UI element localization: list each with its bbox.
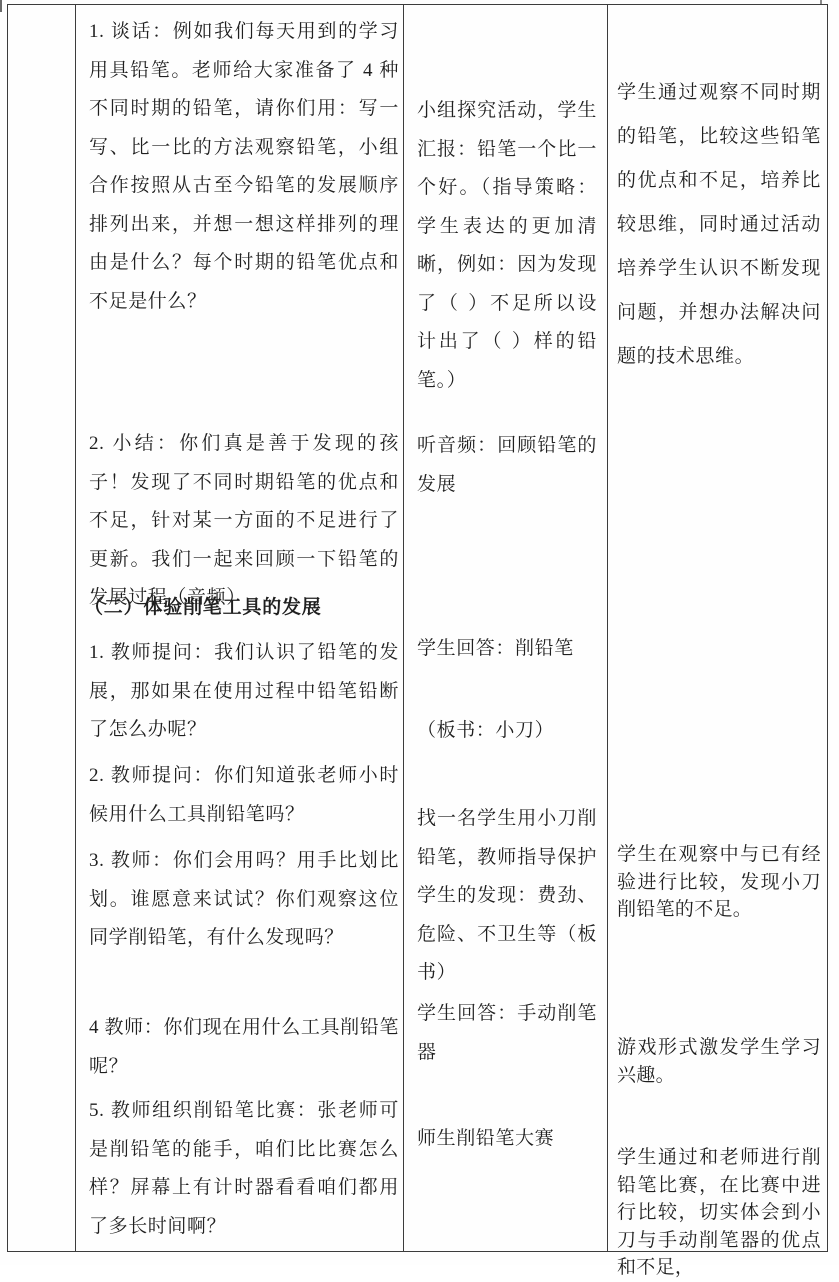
intent-comparison-paragraph: 学生在观察中与已有经验进行比较，发现小刀削铅笔的不足。: [617, 841, 821, 924]
teacher-question-4-paragraph: 4 教师：你们现在用什么工具削铅笔呢？: [89, 1009, 399, 1086]
intent-game-paragraph: 游戏形式激发学生学习兴趣。: [617, 1034, 821, 1089]
contest-line: 师生削铅笔大赛: [417, 1120, 597, 1159]
student-audio-paragraph: 听音频：回顾铅笔的发展: [417, 427, 597, 504]
intent-contest-paragraph: 学生通过和老师进行削铅笔比赛，在比赛中进行比较，切实体会到小刀与手动削笔器的优点…: [617, 1144, 821, 1265]
student-answer-sharpener-line: 学生回答：手动削笔器: [417, 995, 597, 1072]
lesson-plan-table: 1. 谈话：例如我们每天用到的学习用具铅笔。老师给大家准备了 4 种不同时期的铅…: [7, 4, 828, 1252]
empty-left-column: [8, 5, 76, 1251]
student-answer-sharpen-line: 学生回答：削铅笔: [417, 630, 597, 669]
student-knife-demo-paragraph: 找一名学生用小刀削铅笔，教师指导保护学生的发现：费劲、危险、不卫生等（板书）: [417, 800, 597, 993]
student-group-inquiry-paragraph: 小组探究活动，学生汇报：铅笔一个比一个好。（指导策略：学生表达的更加清晰，例如：…: [417, 92, 597, 400]
teacher-activity-column: 1. 谈话：例如我们每天用到的学习用具铅笔。老师给大家准备了 4 种不同时期的铅…: [76, 5, 404, 1251]
student-activity-column: 小组探究活动，学生汇报：铅笔一个比一个好。（指导策略：学生表达的更加清晰，例如：…: [404, 5, 608, 1251]
board-note-knife-line: （板书：小刀）: [417, 712, 597, 751]
teacher-talk-paragraph: 1. 谈话：例如我们每天用到的学习用具铅笔。老师给大家准备了 4 种不同时期的铅…: [89, 13, 399, 321]
lesson-plan-page: 1. 谈话：例如我们每天用到的学习用具铅笔。老师给大家准备了 4 种不同时期的铅…: [0, 0, 839, 1265]
teacher-question-2-paragraph: 2. 教师提问：你们知道张老师小时候用什么工具削铅笔吗？: [89, 757, 399, 834]
intent-observation-paragraph: 学生通过观察不同时期的铅笔，比较这些铅笔的优点和不足，培养比较思维，同时通过活动…: [617, 71, 821, 379]
design-intent-column: 学生通过观察不同时期的铅笔，比较这些铅笔的优点和不足，培养比较思维，同时通过活动…: [608, 5, 826, 1251]
section-heading-sharpening-tools: （二）体验削笔工具的发展: [84, 589, 394, 628]
teacher-demo-paragraph: 3. 教师：你们会用吗？用手比划比划。谁愿意来试试？你们观察这位同学削铅笔，有什…: [89, 842, 399, 958]
teacher-contest-paragraph: 5. 教师组织削铅笔比赛：张老师可是削铅笔的能手，咱们比比赛怎么样？屏幕上有计时…: [89, 1092, 399, 1246]
teacher-question-1-paragraph: 1. 教师提问：我们认识了铅笔的发展，那如果在使用过程中铅笔铅断了怎么办呢？: [89, 634, 399, 750]
page-edge-artifact: [0, 0, 2, 12]
